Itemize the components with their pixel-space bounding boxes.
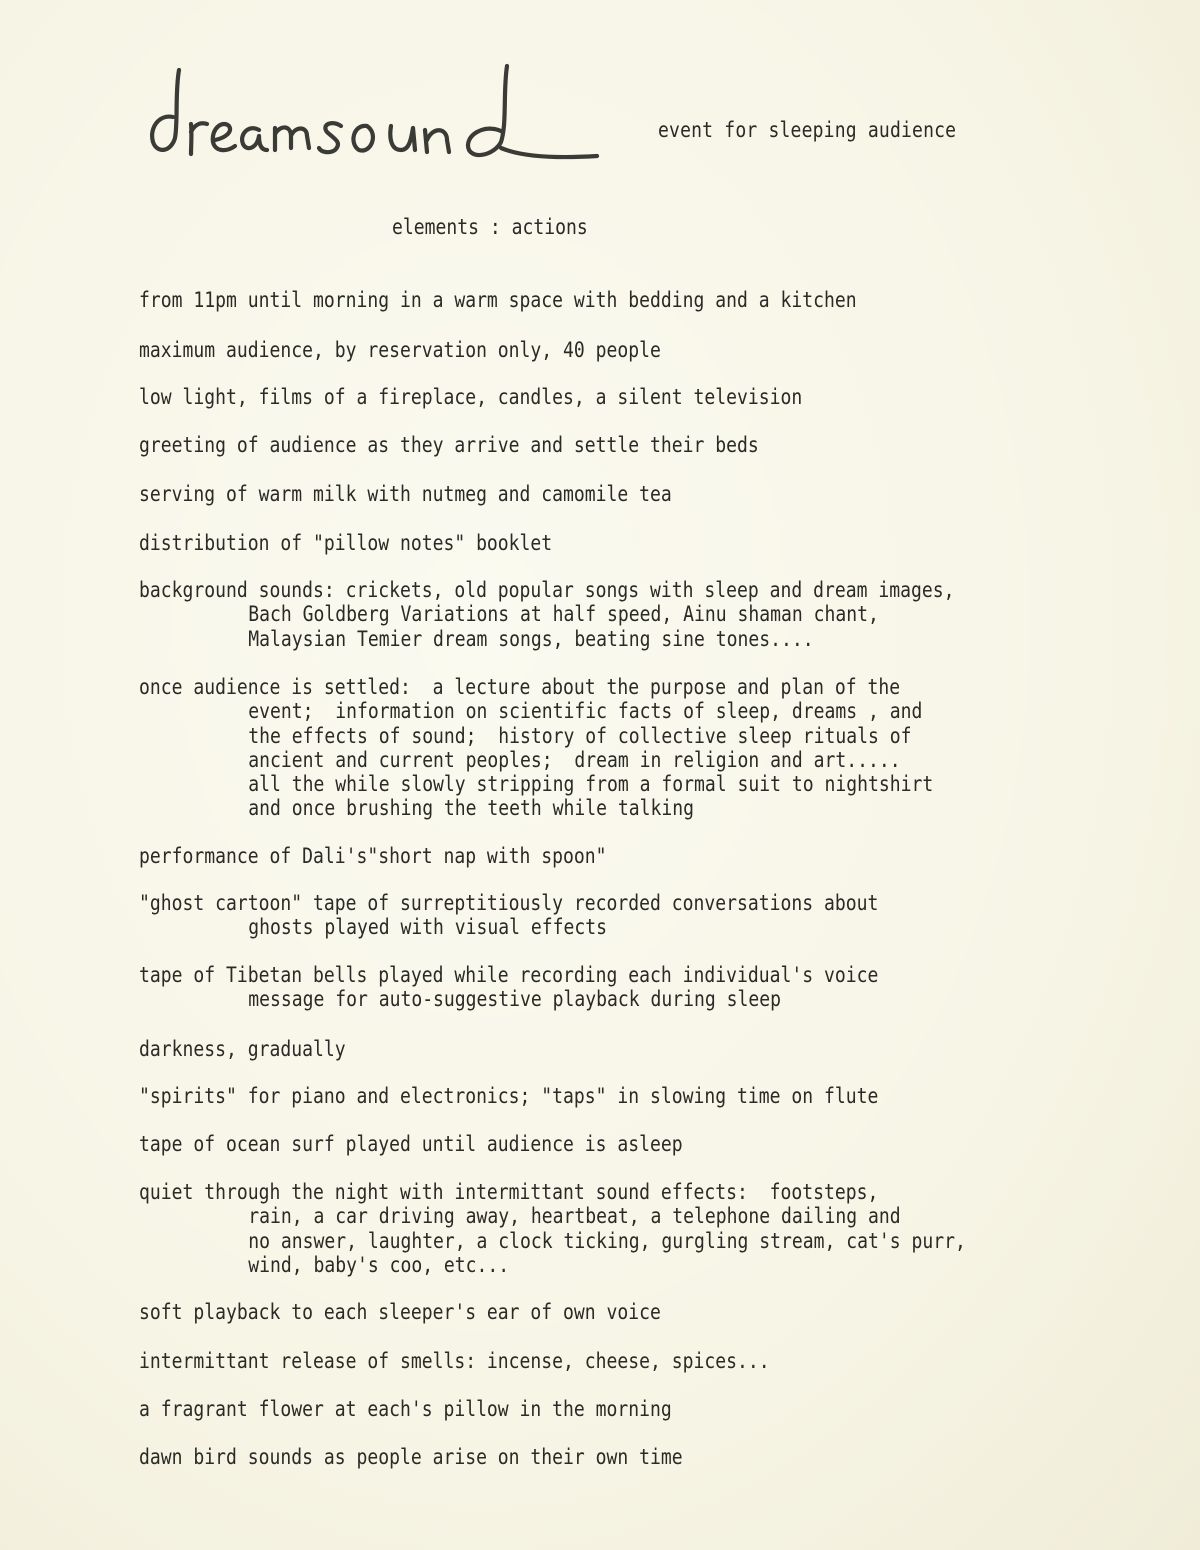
list-item: once audience is settled: a lecture abou… xyxy=(139,675,933,821)
list-item: from 11pm until morning in a warm space … xyxy=(139,288,857,312)
list-item: performance of Dali's"short nap with spo… xyxy=(139,844,607,868)
item-line: low light, films of a fireplace, candles… xyxy=(139,385,802,409)
list-item: "ghost cartoon" tape of surreptitiously … xyxy=(139,891,878,940)
item-line: "spirits" for piano and electronics; "ta… xyxy=(139,1084,878,1108)
list-item: maximum audience, by reservation only, 4… xyxy=(139,338,661,362)
item-continuation-line: ancient and current peoples; dream in re… xyxy=(139,748,933,772)
list-item: a fragrant flower at each's pillow in th… xyxy=(139,1397,672,1421)
section-heading: elements : actions xyxy=(392,215,588,239)
list-item: distribution of "pillow notes" booklet xyxy=(139,531,552,555)
list-item: tape of Tibetan bells played while recor… xyxy=(139,963,878,1012)
list-item: serving of warm milk with nutmeg and cam… xyxy=(139,482,672,506)
item-continuation-line: rain, a car driving away, heartbeat, a t… xyxy=(139,1204,966,1228)
item-continuation-line: event; information on scientific facts o… xyxy=(139,699,933,723)
list-item: background sounds: crickets, old popular… xyxy=(139,578,954,651)
item-line: dawn bird sounds as people arise on thei… xyxy=(139,1445,683,1469)
list-item: darkness, gradually xyxy=(139,1037,346,1061)
event-subtitle: event for sleeping audience xyxy=(658,118,956,142)
item-line: tape of Tibetan bells played while recor… xyxy=(139,963,878,987)
item-line: a fragrant flower at each's pillow in th… xyxy=(139,1397,672,1421)
list-item: intermittant release of smells: incense,… xyxy=(139,1349,770,1373)
item-continuation-line: message for auto-suggestive playback dur… xyxy=(139,987,878,1011)
logo-script xyxy=(145,62,605,172)
item-line: quiet through the night with intermittan… xyxy=(139,1180,878,1204)
item-line: maximum audience, by reservation only, 4… xyxy=(139,338,661,362)
list-item: "spirits" for piano and electronics; "ta… xyxy=(139,1084,878,1108)
item-line: darkness, gradually xyxy=(139,1037,346,1061)
item-continuation-line: Bach Goldberg Variations at half speed, … xyxy=(139,602,954,626)
item-line: from 11pm until morning in a warm space … xyxy=(139,288,857,312)
item-line: soft playback to each sleeper's ear of o… xyxy=(139,1300,661,1324)
list-item: greeting of audience as they arrive and … xyxy=(139,433,759,457)
item-line: "ghost cartoon" tape of surreptitiously … xyxy=(139,891,878,915)
item-line: serving of warm milk with nutmeg and cam… xyxy=(139,482,672,506)
item-line: once audience is settled: a lecture abou… xyxy=(139,675,900,699)
item-continuation-line: and once brushing the teeth while talkin… xyxy=(139,796,933,820)
list-item: quiet through the night with intermittan… xyxy=(139,1180,966,1277)
list-item: soft playback to each sleeper's ear of o… xyxy=(139,1300,661,1324)
item-continuation-line: wind, baby's coo, etc... xyxy=(139,1253,966,1277)
item-continuation-line: no answer, laughter, a clock ticking, gu… xyxy=(139,1229,966,1253)
item-line: distribution of "pillow notes" booklet xyxy=(139,531,552,555)
item-continuation-line: all the while slowly stripping from a fo… xyxy=(139,772,933,796)
item-line: background sounds: crickets, old popular… xyxy=(139,578,954,602)
item-line: intermittant release of smells: incense,… xyxy=(139,1349,770,1373)
list-item: low light, films of a fireplace, candles… xyxy=(139,385,802,409)
list-item: dawn bird sounds as people arise on thei… xyxy=(139,1445,683,1469)
list-item: tape of ocean surf played until audience… xyxy=(139,1132,683,1156)
dreamsound-handwritten-logo: dreamsound xyxy=(145,62,605,172)
item-continuation-line: ghosts played with visual effects xyxy=(139,915,878,939)
item-line: greeting of audience as they arrive and … xyxy=(139,433,759,457)
item-continuation-line: the effects of sound; history of collect… xyxy=(139,724,933,748)
item-line: tape of ocean surf played until audience… xyxy=(139,1132,683,1156)
item-continuation-line: Malaysian Temier dream songs, beating si… xyxy=(139,627,954,651)
item-line: performance of Dali's"short nap with spo… xyxy=(139,844,607,868)
